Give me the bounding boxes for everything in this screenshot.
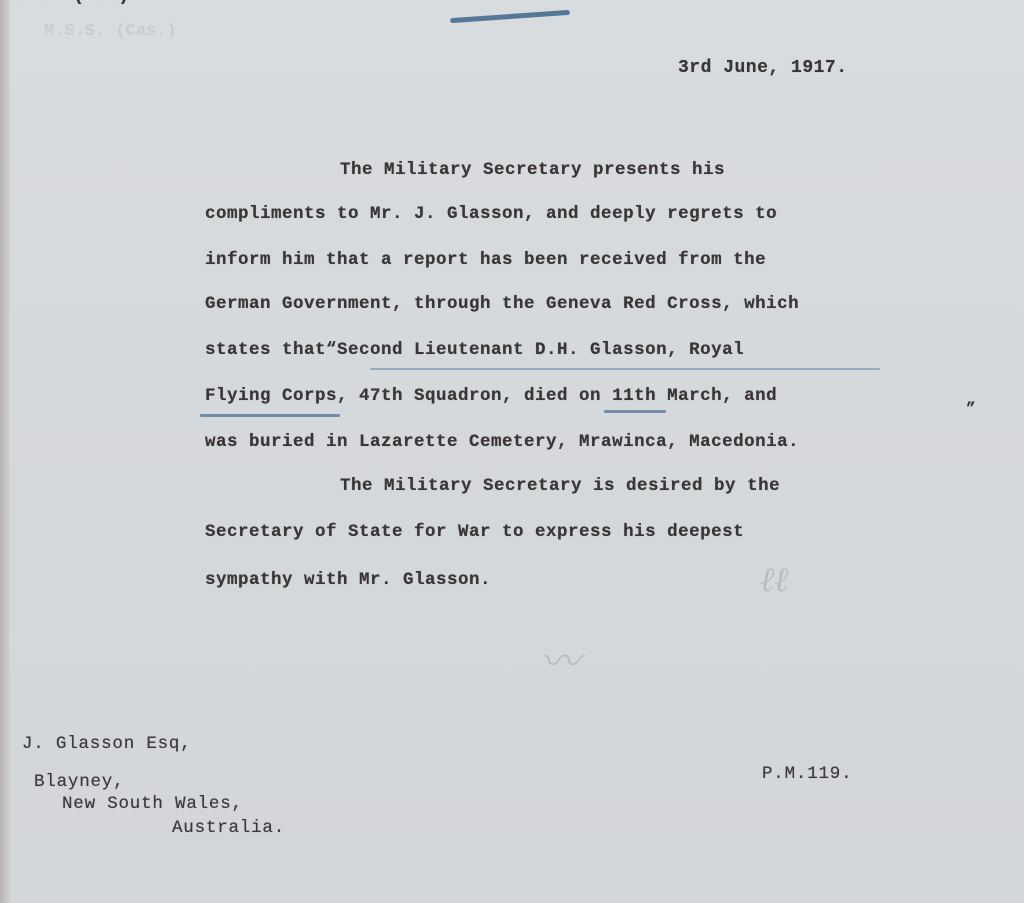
paragraph-1-line-4: German Government, through the Geneva Re… <box>205 294 799 314</box>
page-edge-shadow <box>0 0 10 903</box>
paragraph-1-line-5: states that“Second Lieutenant D.H. Glass… <box>205 340 744 360</box>
paragraph-2-line-2: Secretary of State for War to express hi… <box>205 522 744 542</box>
header-fragment: M.S.S. (...) <box>0 0 130 6</box>
underline-flying-corps <box>200 414 340 417</box>
underline-died <box>604 410 666 413</box>
ghost-header-bleedthrough: M.S.S. (Cas.) <box>44 22 177 41</box>
paragraph-1-line-6: Flying Corps, 47th Squadron, died on 11t… <box>205 386 777 406</box>
paragraph-1-line-3: inform him that a report has been receiv… <box>205 250 766 270</box>
paragraph-1-line-1: The Military Secretary presents his <box>340 160 725 180</box>
addressee-country: Australia. <box>172 818 285 838</box>
pen-line-faint <box>370 368 880 370</box>
paragraph-2-line-1: The Military Secretary is desired by the <box>340 476 780 496</box>
paragraph-2-line-3: sympathy with Mr. Glasson. <box>205 570 491 590</box>
letter-page: M.S.S. (...) M.S.S. (Cas.) 3rd June, 191… <box>0 0 1024 903</box>
paragraph-1-line-7: was buried in Lazarette Cemetery, Mrawin… <box>205 432 799 452</box>
faint-signature-bleedthrough: ℓℓ <box>760 560 788 600</box>
letter-date: 3rd June, 1917. <box>678 58 848 78</box>
addressee-town: Blayney, <box>34 772 124 792</box>
closing-quote-mark: ” <box>966 400 976 418</box>
paragraph-1-line-2: compliments to Mr. J. Glasson, and deepl… <box>205 204 777 224</box>
pen-mark-top <box>450 10 570 23</box>
faint-handwriting-bleedthrough: 〰 <box>540 630 580 687</box>
addressee-state: New South Wales, <box>62 794 243 814</box>
reference-number: P.M.119. <box>762 764 852 784</box>
addressee-name: J. Glasson Esq, <box>22 734 192 754</box>
